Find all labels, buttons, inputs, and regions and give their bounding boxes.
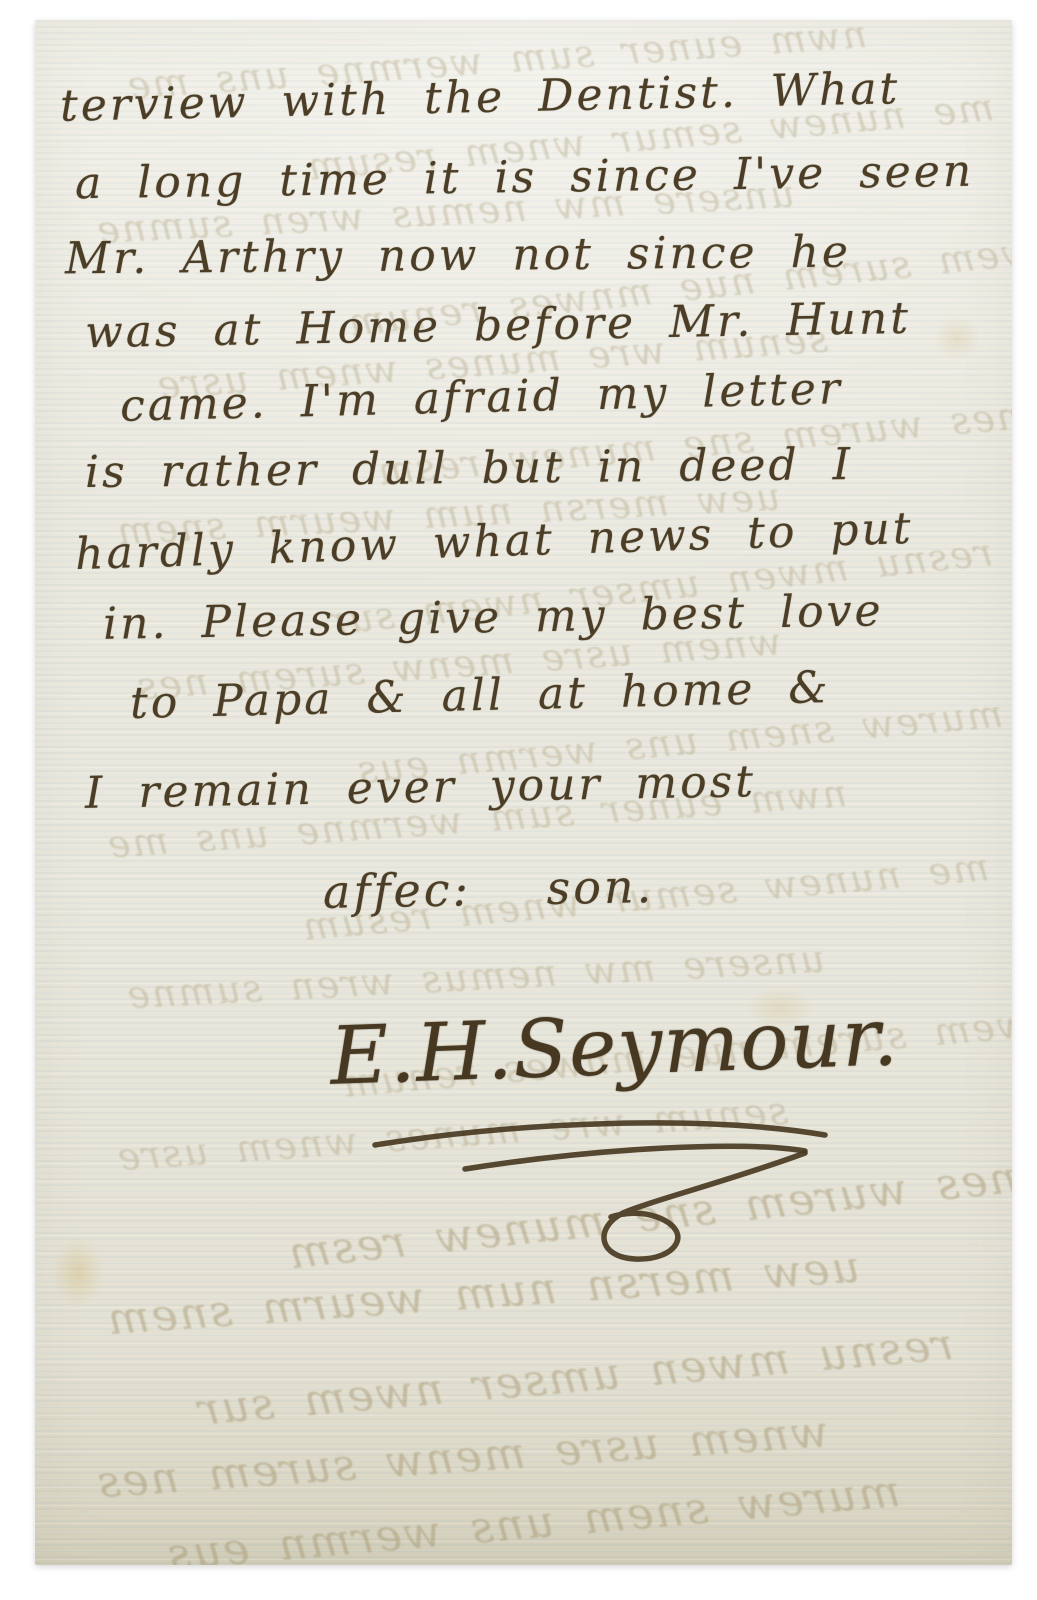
letter-line-5: came. I'm afraid my letter — [119, 363, 843, 432]
letter-line-3: Mr. Arthry now not since he — [65, 227, 851, 285]
letter-text-layer: terview with the Dentist. What a long ti… — [35, 20, 1012, 1565]
letter-line-6: is rather dull but in deed I — [85, 439, 853, 498]
signature-flourish — [305, 1105, 865, 1275]
letter-closing: affec: son. — [323, 859, 655, 919]
letter-paper-sheet: nwm euner sum wermne uns me me nunew sem… — [35, 20, 1012, 1565]
letter-line-9: to Papa & all at home & — [130, 662, 832, 729]
letter-line-8: in. Please give my best love — [103, 585, 884, 650]
letter-signature: E.H.Seymour. — [329, 990, 901, 1103]
letter-line-2: a long time it is since I've seen — [75, 146, 975, 210]
letter-line-10: I remain ever your most — [85, 756, 757, 819]
letter-line-7: hardly know what news to put — [74, 503, 914, 580]
letter-line-4: was at Home before Mr. Hunt — [85, 293, 912, 358]
scanned-letter-canvas: nwm euner sum wermne uns me me nunew sem… — [0, 0, 1037, 1600]
letter-line-1: terview with the Dentist. What — [60, 63, 901, 132]
